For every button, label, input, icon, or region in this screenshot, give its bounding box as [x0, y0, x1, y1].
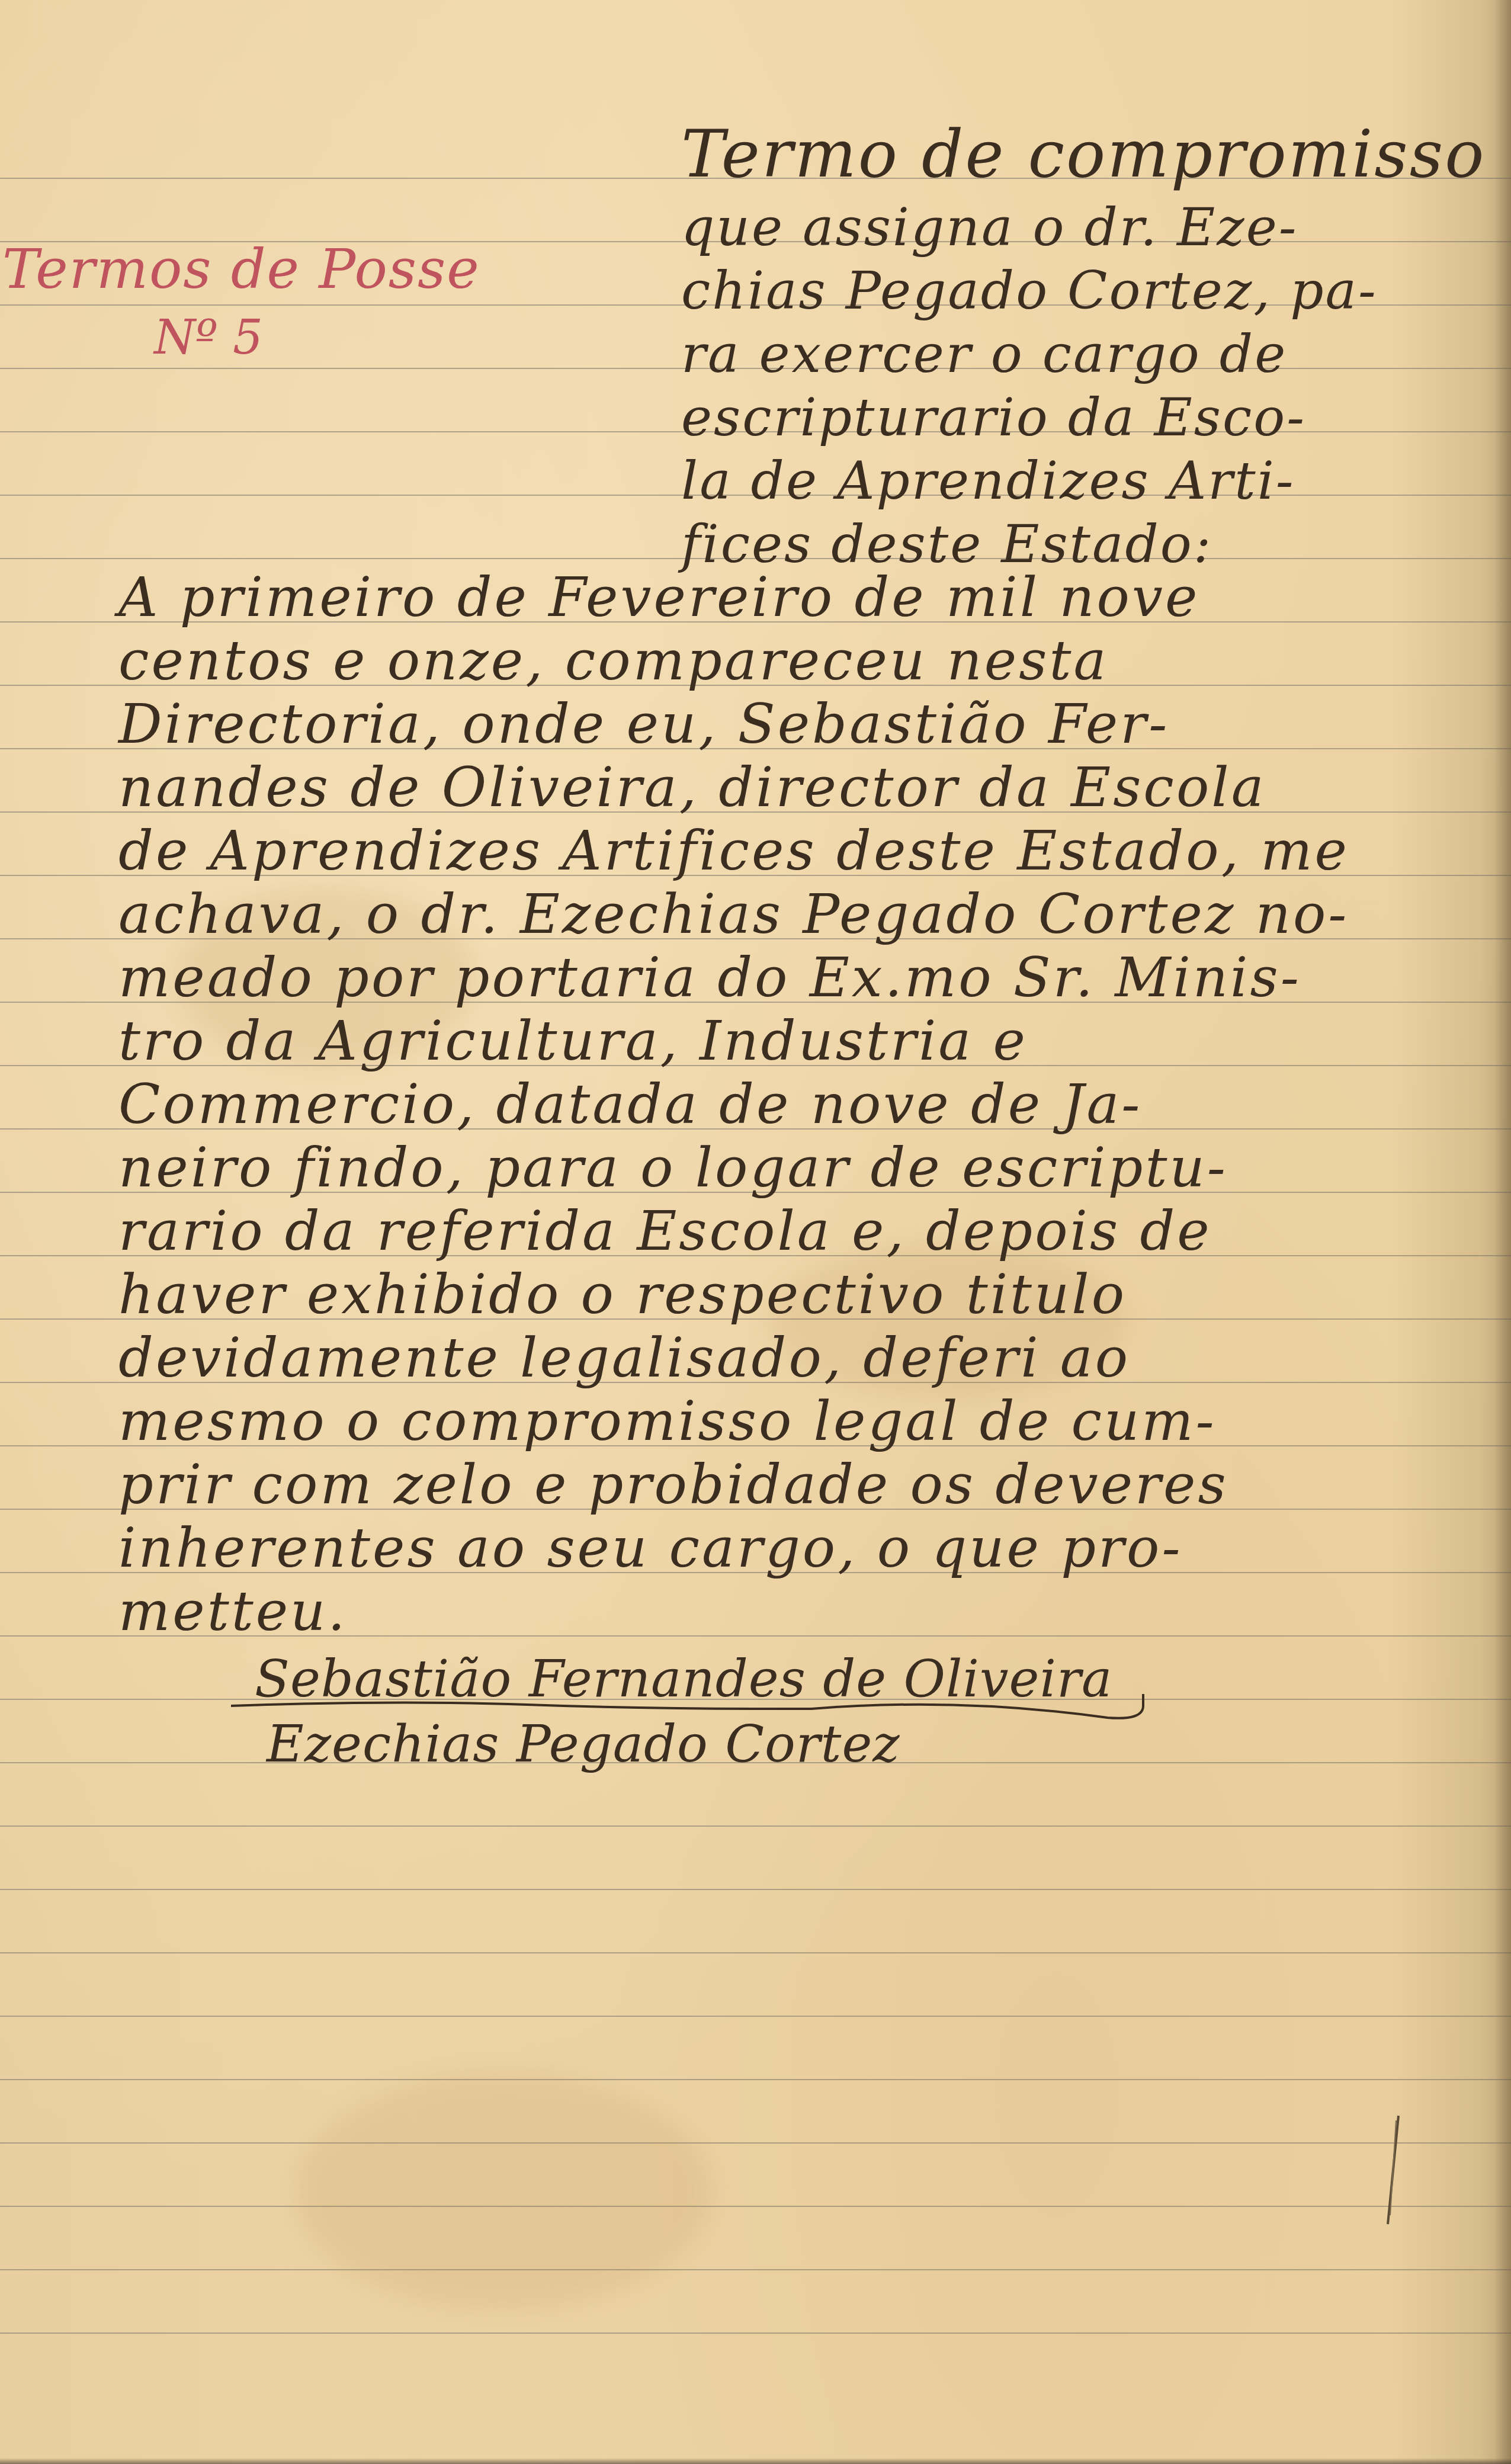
body-line: Directoria, onde eu, Sebastião Fer-	[118, 692, 1349, 756]
heading-line: Termo de compromisso	[681, 113, 1486, 195]
body-line: de Aprendizes Artifices deste Estado, me	[118, 819, 1349, 883]
body-line: devidamente legalisado, deferi ao	[118, 1326, 1349, 1390]
entry-body: A primeiro de Fevereiro de mil nove cent…	[118, 566, 1349, 1643]
body-line: mesmo o compromisso legal de cum-	[118, 1390, 1349, 1453]
margin-title: Termos de Posse	[0, 234, 592, 305]
pen-stroke-mark	[1383, 2115, 1401, 2227]
body-line: inherentes ao seu cargo, o que pro-	[118, 1516, 1349, 1580]
document-page: Termos de Posse Nº 5 Termo de compromiss…	[0, 0, 1511, 2464]
body-line: metteu.	[118, 1580, 1349, 1643]
body-line: Commercio, datada de nove de Ja-	[118, 1073, 1349, 1136]
body-line: achava, o dr. Ezechias Pegado Cortez no-	[118, 883, 1349, 946]
entry-heading: Termo de compromisso que assigna o dr. E…	[681, 113, 1486, 576]
paper-stain	[296, 2073, 711, 2310]
body-line: haver exhibido o respectivo titulo	[118, 1263, 1349, 1326]
margin-heading: Termos de Posse Nº 5	[0, 234, 592, 370]
body-line: tro da Agricultura, Industria e	[118, 1009, 1349, 1073]
signature-appointee: Ezechias Pegado Cortez	[255, 1712, 1112, 1777]
heading-line: que assigna o dr. Eze-	[681, 195, 1486, 259]
binding-shadow	[1494, 0, 1511, 2464]
signature-director: Sebastião Fernandes de Oliveira	[255, 1647, 1112, 1712]
body-line: centos e onze, compareceu nesta	[118, 629, 1349, 692]
body-line: rario da referida Escola e, depois de	[118, 1199, 1349, 1263]
body-line: prir com zelo e probidade os deveres	[118, 1453, 1349, 1516]
body-line: neiro findo, para o logar de escriptu-	[118, 1136, 1349, 1199]
margin-number: Nº 5	[0, 305, 592, 370]
heading-line: chias Pegado Cortez, pa-	[681, 259, 1486, 322]
body-line: nandes de Oliveira, director da Escola	[118, 756, 1349, 819]
heading-line: ra exercer o cargo de	[681, 322, 1486, 386]
body-line: A primeiro de Fevereiro de mil nove	[118, 566, 1349, 629]
heading-line: la de Aprendizes Arti-	[681, 449, 1486, 512]
body-line: meado por portaria do Ex.mo Sr. Minis-	[118, 946, 1349, 1009]
signatures: Sebastião Fernandes de Oliveira Ezechias…	[255, 1647, 1112, 1777]
page-bottom-edge	[0, 2458, 1511, 2464]
heading-line: escripturario da Esco-	[681, 386, 1486, 449]
